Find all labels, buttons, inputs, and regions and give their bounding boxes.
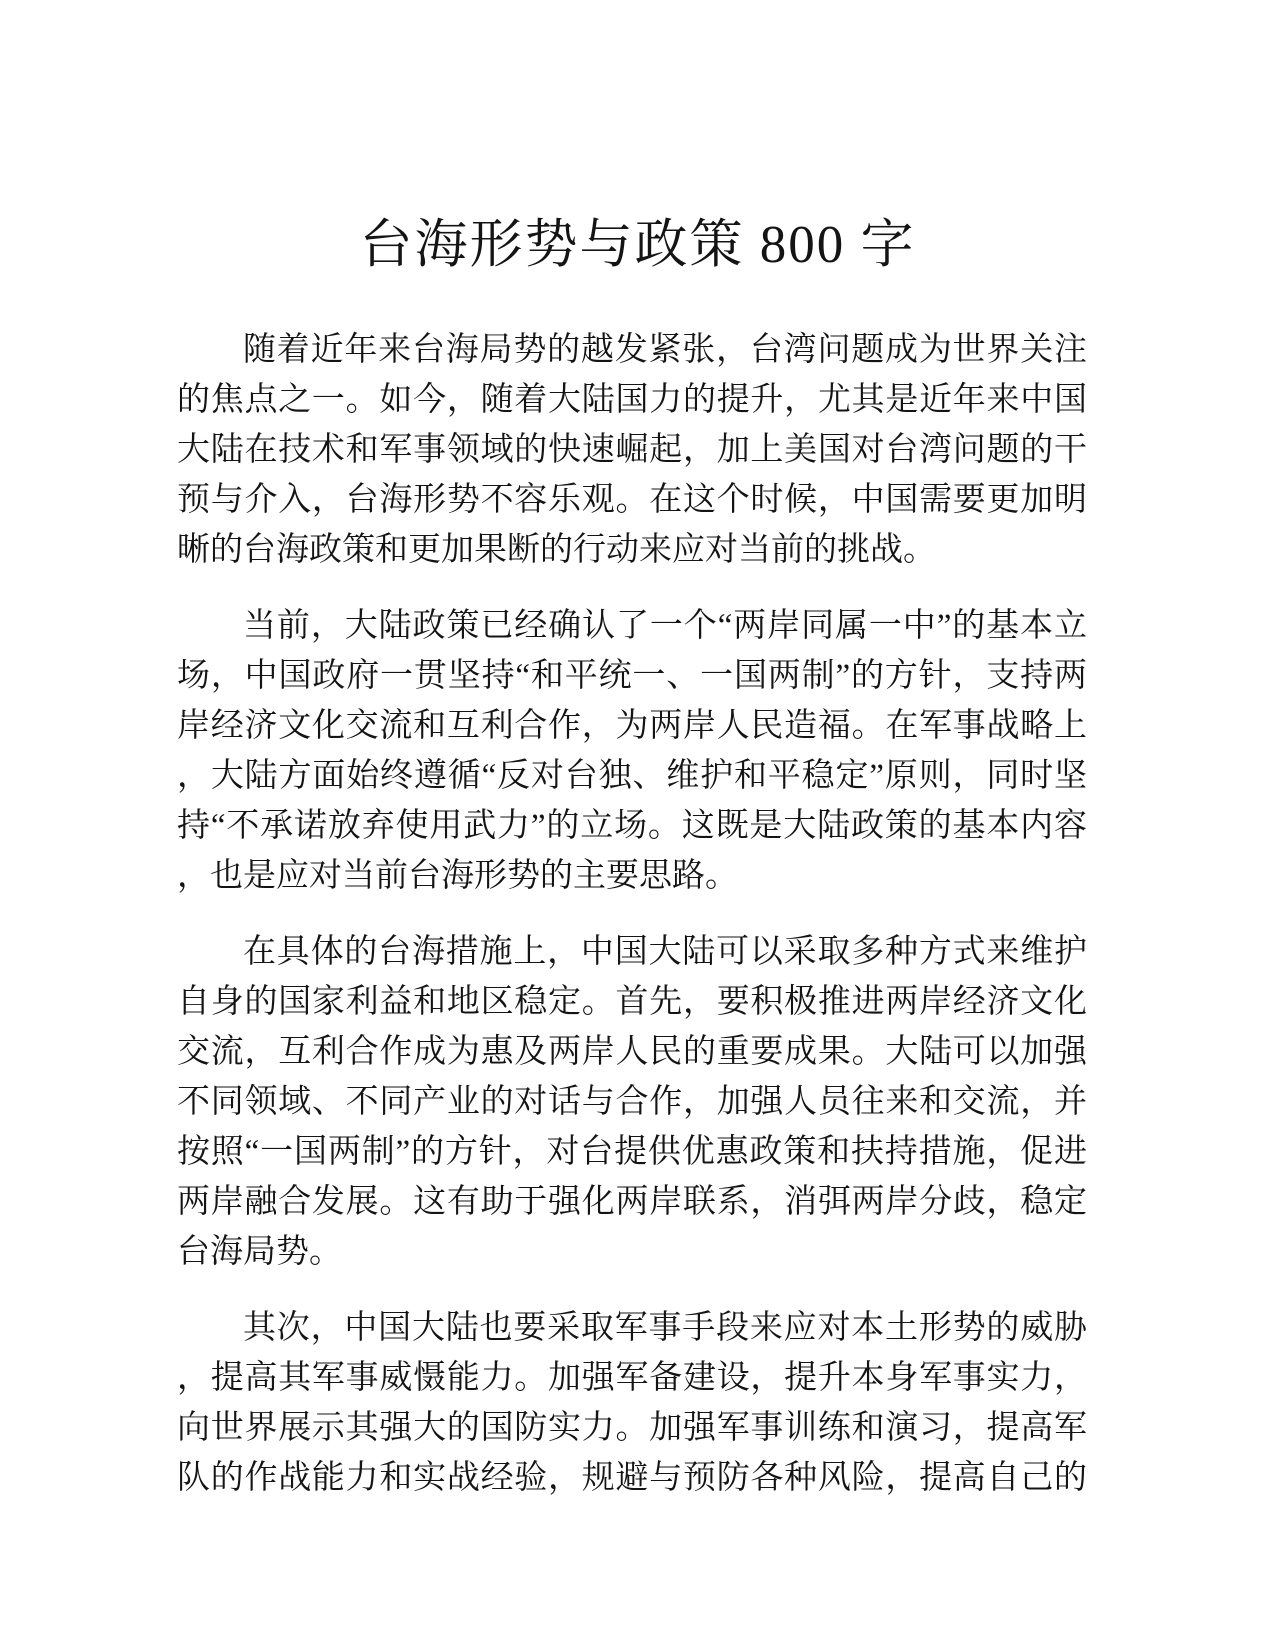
text-line: 随着近年来台海局势的越发紧张，台湾问题成为世界关注 [177, 325, 1087, 375]
text-line: 晰的台海政策和更加果断的行动来应对当前的挑战。 [177, 525, 1087, 575]
document-body: 随着近年来台海局势的越发紧张，台湾问题成为世界关注 的焦点之一。如今，随着大陆国… [177, 325, 1087, 1503]
text-line: 向世界展示其强大的国防实力。加强军事训练和演习，提高军 [177, 1403, 1087, 1453]
text-line: 场，中国政府一贯坚持“和平统一、一国两制”的方针，支持两 [177, 651, 1087, 701]
text-line: 其次，中国大陆也要采取军事手段来应对本土形势的威胁 [177, 1303, 1087, 1353]
paragraph-3: 在具体的台海措施上，中国大陆可以采取多种方式来维护 自身的国家利益和地区稳定。首… [177, 927, 1087, 1277]
text-line: 交流，互利合作成为惠及两岸人民的重要成果。大陆可以加强 [177, 1027, 1087, 1077]
text-line: 岸经济文化交流和互利合作，为两岸人民造福。在军事战略上 [177, 701, 1087, 751]
text-line: 大陆在技术和军事领域的快速崛起，加上美国对台湾问题的干 [177, 425, 1087, 475]
paragraph-2: 当前，大陆政策已经确认了一个“两岸同属一中”的基本立 场，中国政府一贯坚持“和平… [177, 601, 1087, 901]
text-line: 两岸融合发展。这有助于强化两岸联系，消弭两岸分歧，稳定 [177, 1177, 1087, 1227]
text-line: 在具体的台海措施上，中国大陆可以采取多种方式来维护 [177, 927, 1087, 977]
text-line: 持“不承诺放弃使用武力”的立场。这既是大陆政策的基本内容 [177, 801, 1087, 851]
text-line: 自身的国家利益和地区稳定。首先，要积极推进两岸经济文化 [177, 977, 1087, 1027]
document-title: 台海形势与政策 800 字 [0, 0, 1275, 283]
text-line: 当前，大陆政策已经确认了一个“两岸同属一中”的基本立 [177, 601, 1087, 651]
text-line: ，提高其军事威慑能力。加强军备建设，提升本身军事实力， [177, 1353, 1087, 1403]
text-line: 队的作战能力和实战经验，规避与预防各种风险，提高自己的 [177, 1453, 1087, 1503]
text-line: 预与介入，台海形势不容乐观。在这个时候，中国需要更加明 [177, 475, 1087, 525]
text-line: 台海局势。 [177, 1227, 1087, 1277]
text-line: ，大陆方面始终遵循“反对台独、维护和平稳定”原则，同时坚 [177, 751, 1087, 801]
text-line: 的焦点之一。如今，随着大陆国力的提升，尤其是近年来中国 [177, 375, 1087, 425]
text-line: ，也是应对当前台海形势的主要思路。 [177, 851, 1087, 901]
paragraph-1: 随着近年来台海局势的越发紧张，台湾问题成为世界关注 的焦点之一。如今，随着大陆国… [177, 325, 1087, 575]
text-line: 按照“一国两制”的方针，对台提供优惠政策和扶持措施，促进 [177, 1127, 1087, 1177]
text-line: 不同领域、不同产业的对话与合作，加强人员往来和交流，并 [177, 1077, 1087, 1127]
paragraph-4: 其次，中国大陆也要采取军事手段来应对本土形势的威胁 ，提高其军事威慑能力。加强军… [177, 1303, 1087, 1503]
document-page: 台海形势与政策 800 字 随着近年来台海局势的越发紧张，台湾问题成为世界关注 … [0, 0, 1275, 1650]
